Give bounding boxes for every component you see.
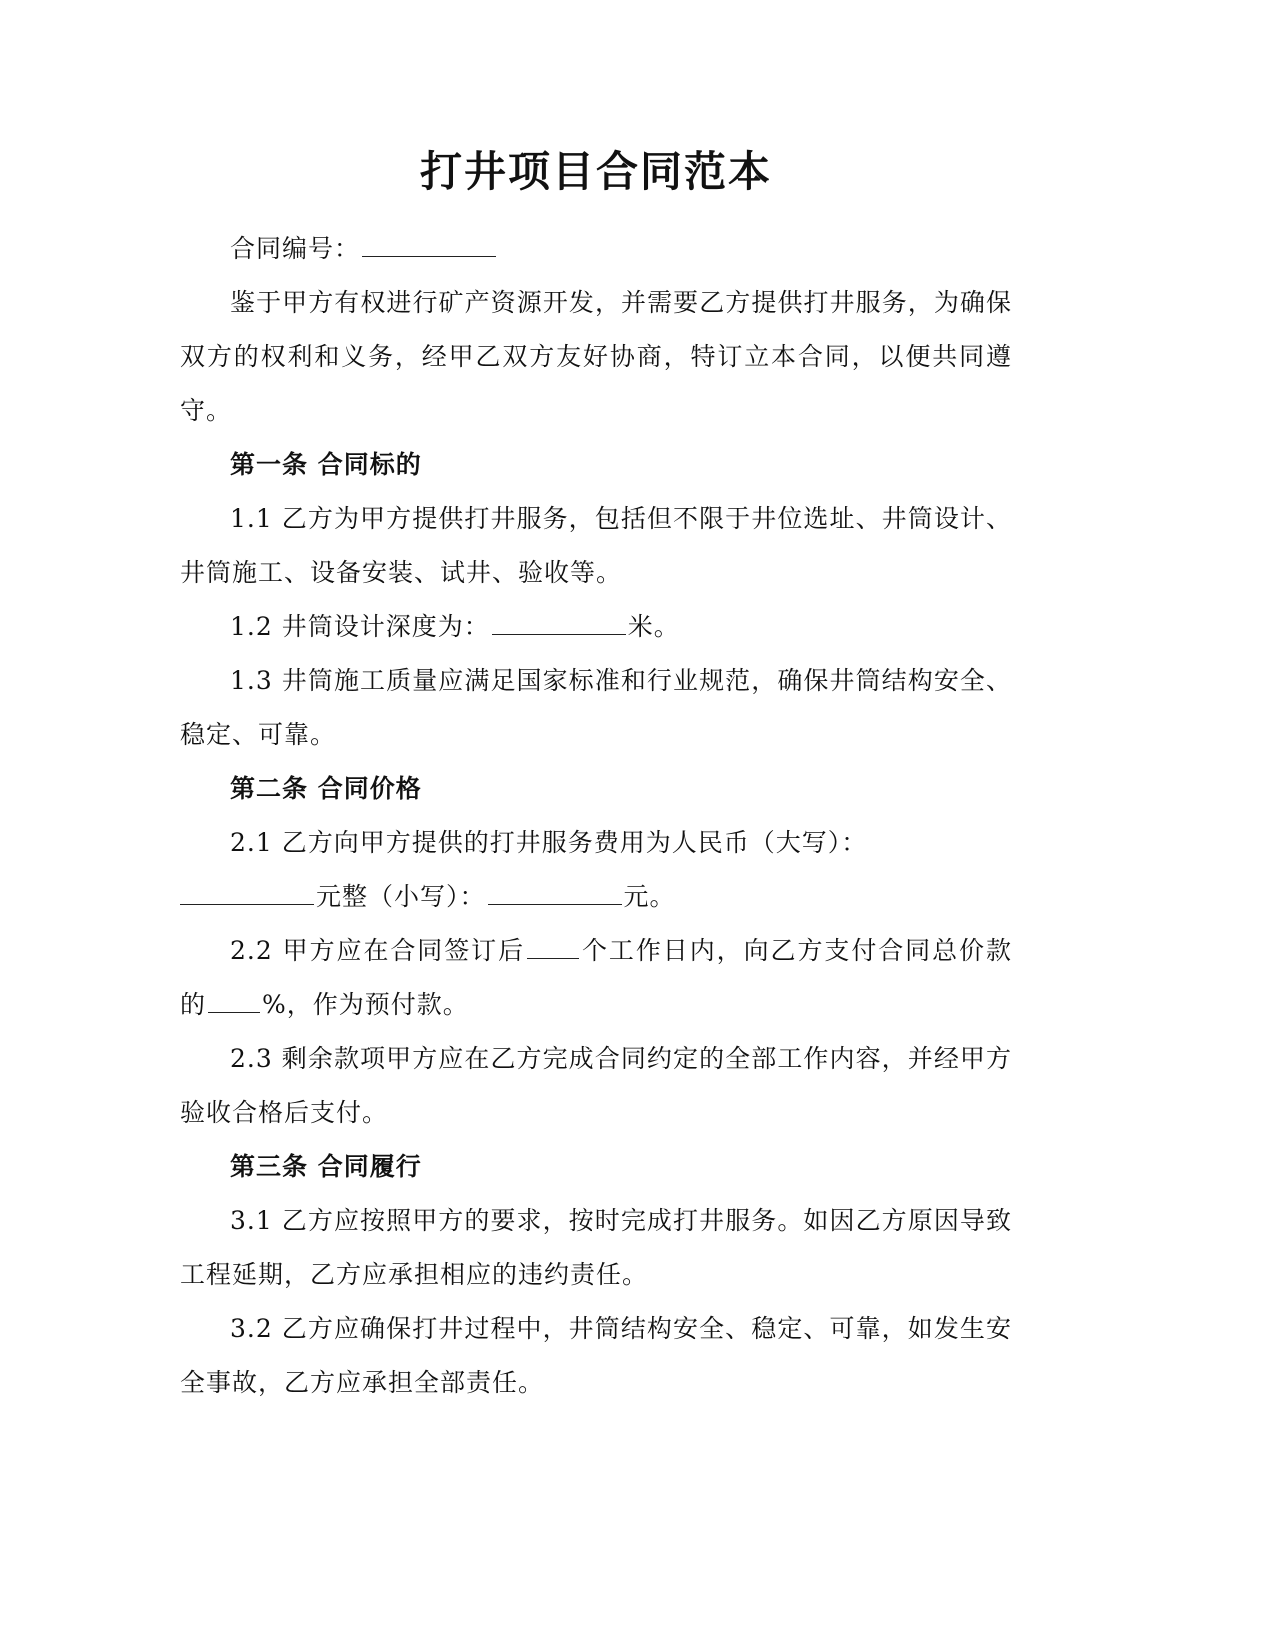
amount-lowercase-blank[interactable]: [488, 884, 622, 905]
well-depth-blank[interactable]: [492, 614, 626, 635]
document-body: 合同编号： 鉴于甲方有权进行矿产资源开发，并需要乙方提供打井服务，为确保双方的权…: [180, 222, 1012, 1410]
clause-1-2-suffix: 米。: [628, 612, 680, 641]
clause-2-1-amounts: 元整（小写）：元。: [180, 870, 1012, 924]
clause-3-2: 3.2 乙方应确保打井过程中，井筒结构安全、稳定、可靠，如发生安全事故，乙方应承…: [180, 1302, 1012, 1410]
working-days-blank[interactable]: [527, 938, 579, 959]
contract-number-label: 合同编号：: [230, 234, 360, 263]
clause-2-1-end: 元。: [624, 882, 676, 911]
clause-1-2-prefix: 1.2 井筒设计深度为：: [230, 612, 490, 641]
preamble-paragraph: 鉴于甲方有权进行矿产资源开发，并需要乙方提供打井服务，为确保双方的权利和义务，经…: [180, 276, 1012, 438]
contract-number-blank[interactable]: [362, 236, 496, 257]
article-2-heading: 第二条 合同价格: [180, 762, 1012, 816]
clause-2-1-mid: 元整（小写）：: [316, 882, 486, 911]
clause-2-2-prefix: 2.2 甲方应在合同签订后: [230, 936, 525, 965]
contract-number-line: 合同编号：: [180, 222, 1012, 276]
clause-1-2: 1.2 井筒设计深度为：米。: [180, 600, 1012, 654]
clause-3-1: 3.1 乙方应按照甲方的要求，按时完成打井服务。如因乙方原因导致工程延期，乙方应…: [180, 1194, 1012, 1302]
clause-1-3: 1.3 井筒施工质量应满足国家标准和行业规范，确保井筒结构安全、稳定、可靠。: [180, 654, 1012, 762]
amount-uppercase-blank[interactable]: [180, 884, 314, 905]
clause-1-1: 1.1 乙方为甲方提供打井服务，包括但不限于井位选址、井筒设计、井筒施工、设备安…: [180, 492, 1012, 600]
clause-2-2: 2.2 甲方应在合同签订后个工作日内，向乙方支付合同总价款的%，作为预付款。: [180, 924, 1012, 1032]
article-3-heading: 第三条 合同履行: [180, 1140, 1012, 1194]
prepayment-percent-blank[interactable]: [208, 992, 260, 1013]
document-title: 打井项目合同范本: [180, 142, 1012, 202]
article-1-heading: 第一条 合同标的: [180, 438, 1012, 492]
clause-2-1: 2.1 乙方向甲方提供的打井服务费用为人民币（大写）：: [180, 816, 1012, 870]
clause-2-1-text: 2.1 乙方向甲方提供的打井服务费用为人民币（大写）：: [230, 828, 867, 857]
clause-2-2-suffix: %，作为预付款。: [262, 990, 469, 1019]
clause-2-3: 2.3 剩余款项甲方应在乙方完成合同约定的全部工作内容，并经甲方验收合格后支付。: [180, 1032, 1012, 1140]
